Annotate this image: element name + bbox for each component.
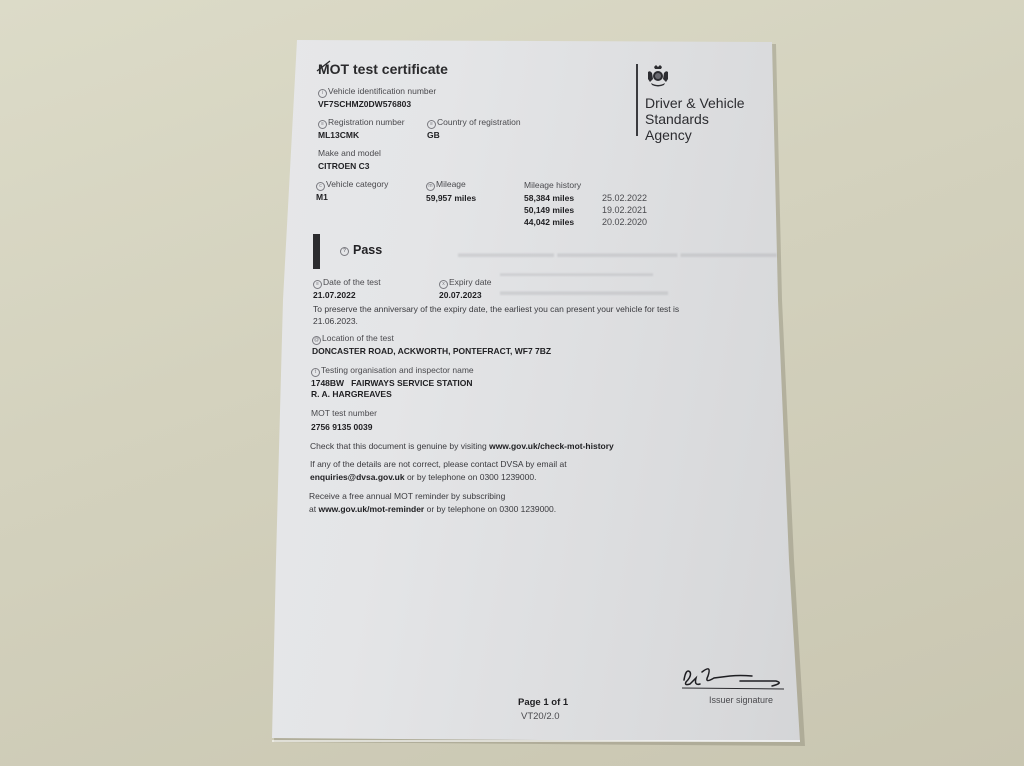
paper-sheet [0,0,1024,766]
mot-certificate-paper: ▬▬▬▬▬▬▬▬ ▬▬▬▬▬▬▬▬▬▬ ▬▬▬▬▬▬▬▬ ▬▬▬▬▬▬▬▬▬▬▬… [0,0,1024,766]
